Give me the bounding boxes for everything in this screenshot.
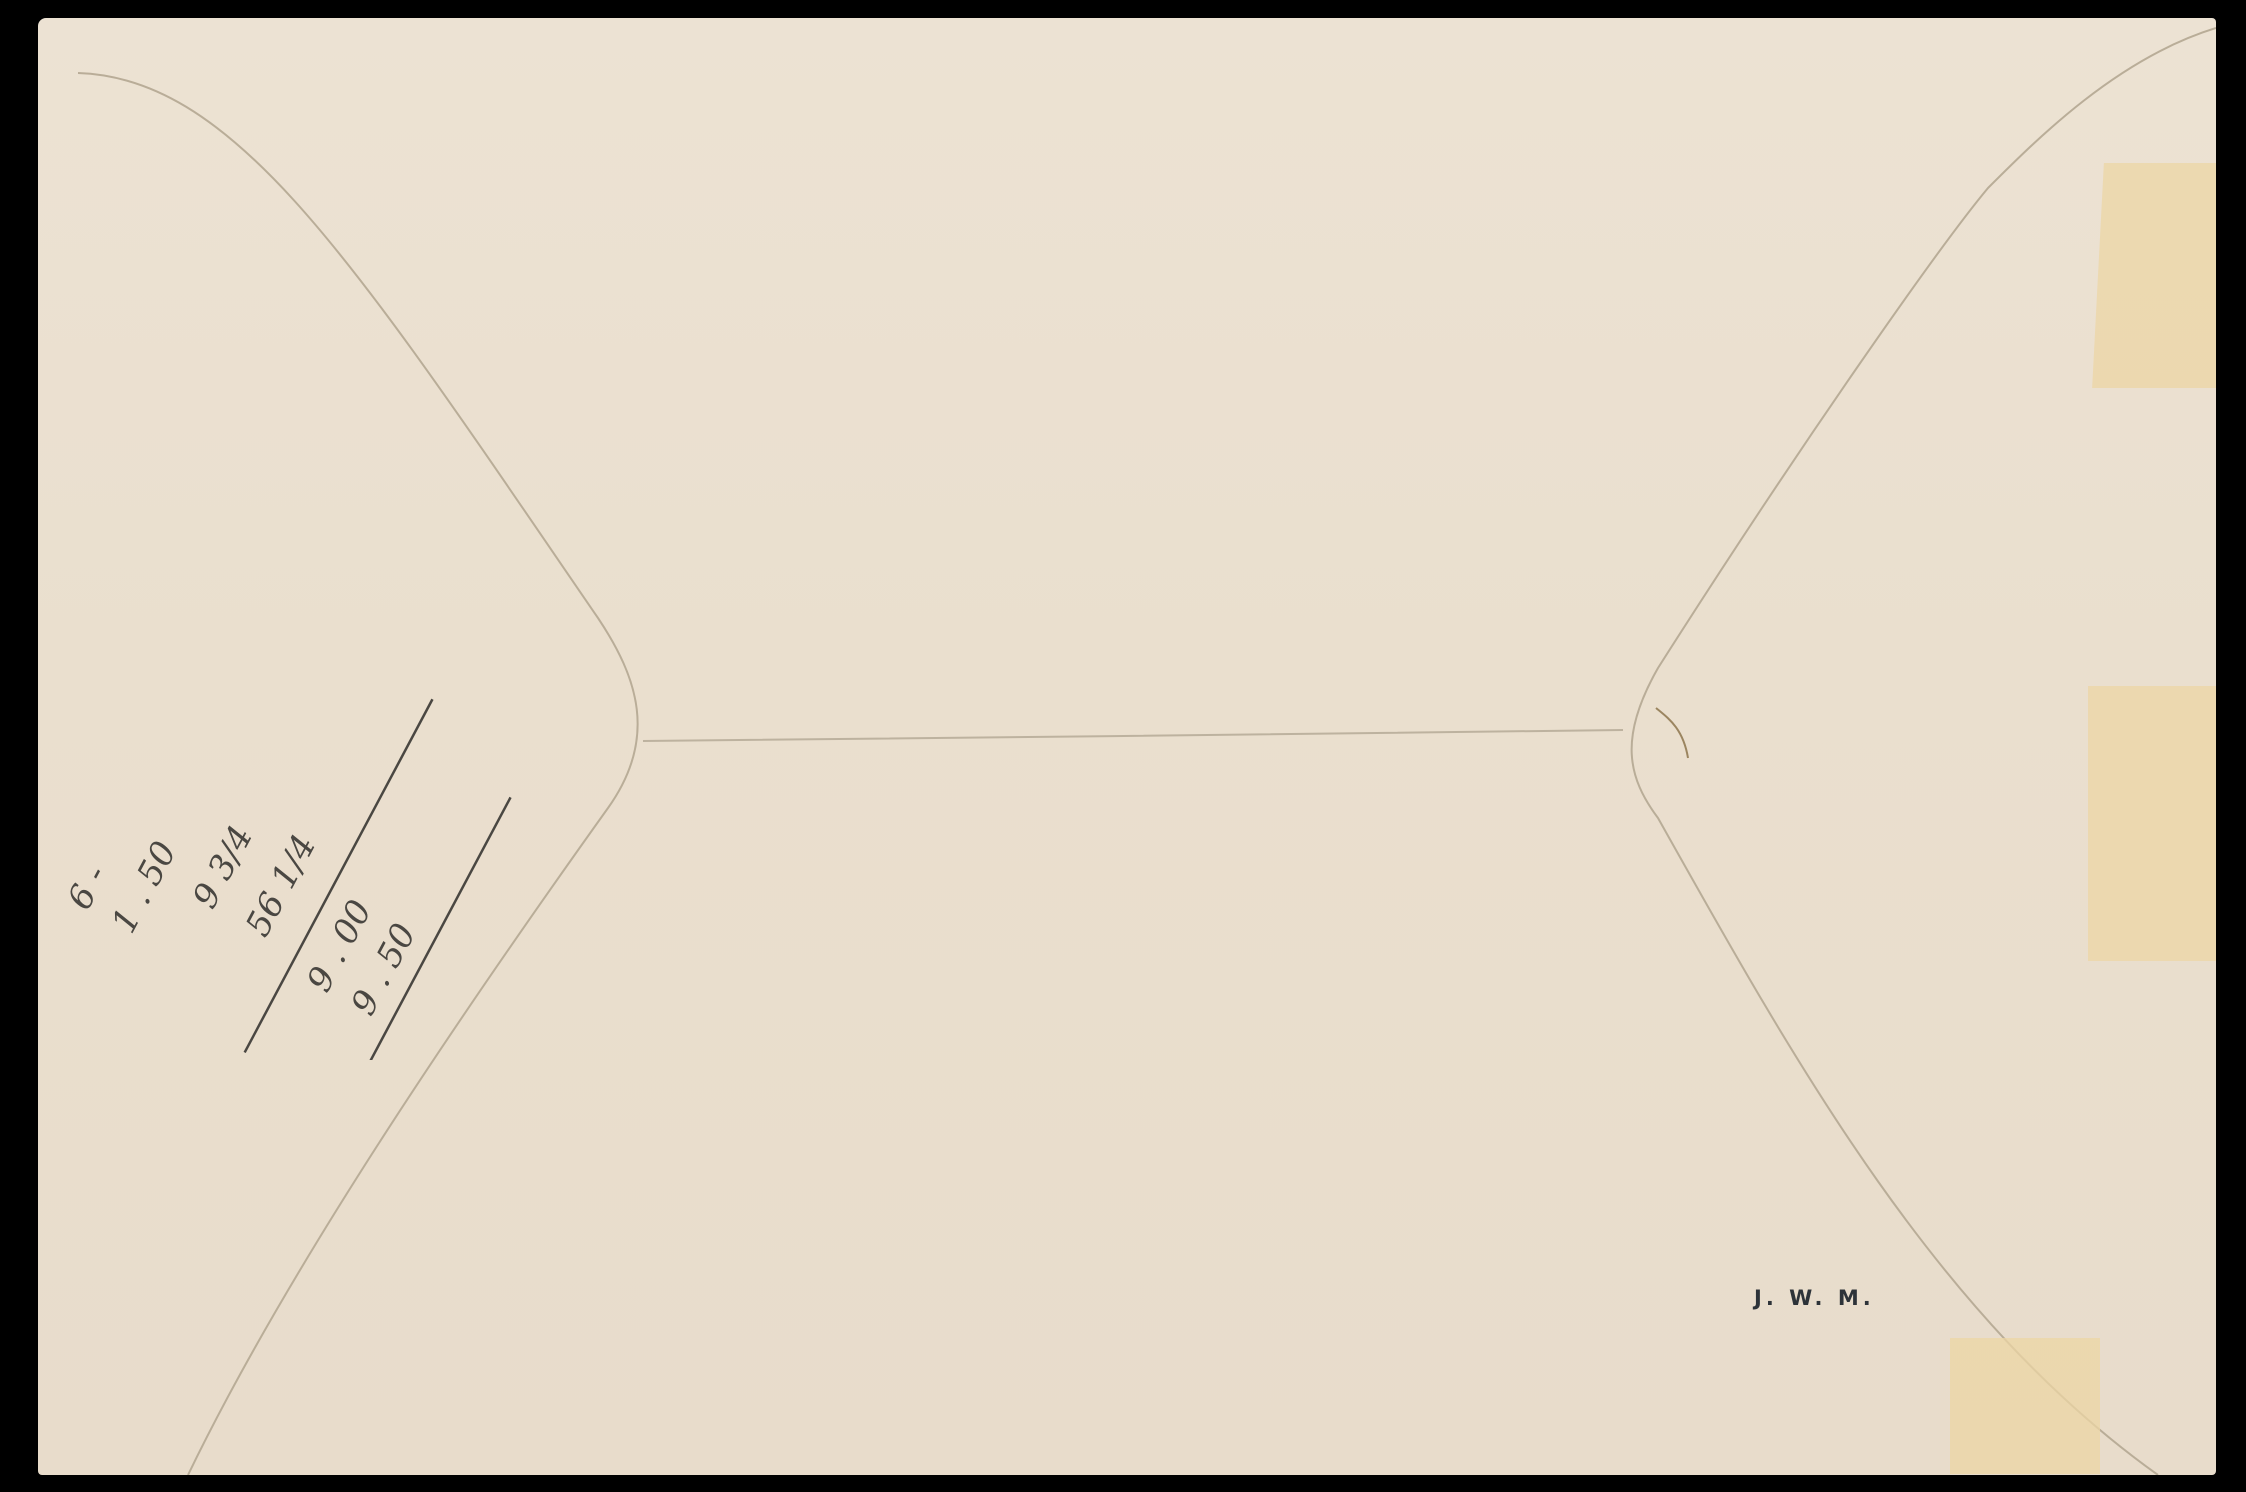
stamp-hinge-top-right <box>2092 163 2216 388</box>
pencil-notation: 6 - 1 . 50 9 3/4 56 1/4 9 . 00 9 . 50 <box>50 640 530 1060</box>
stamp-hinge-bottom-right <box>1950 1338 2100 1474</box>
pencil-line-2: 1 . 50 <box>104 835 185 940</box>
stamp-hinge-middle-right <box>2088 686 2216 961</box>
pencil-line-1: 6 - <box>60 859 116 917</box>
printed-monogram: J. W. M. <box>1754 1286 1875 1310</box>
